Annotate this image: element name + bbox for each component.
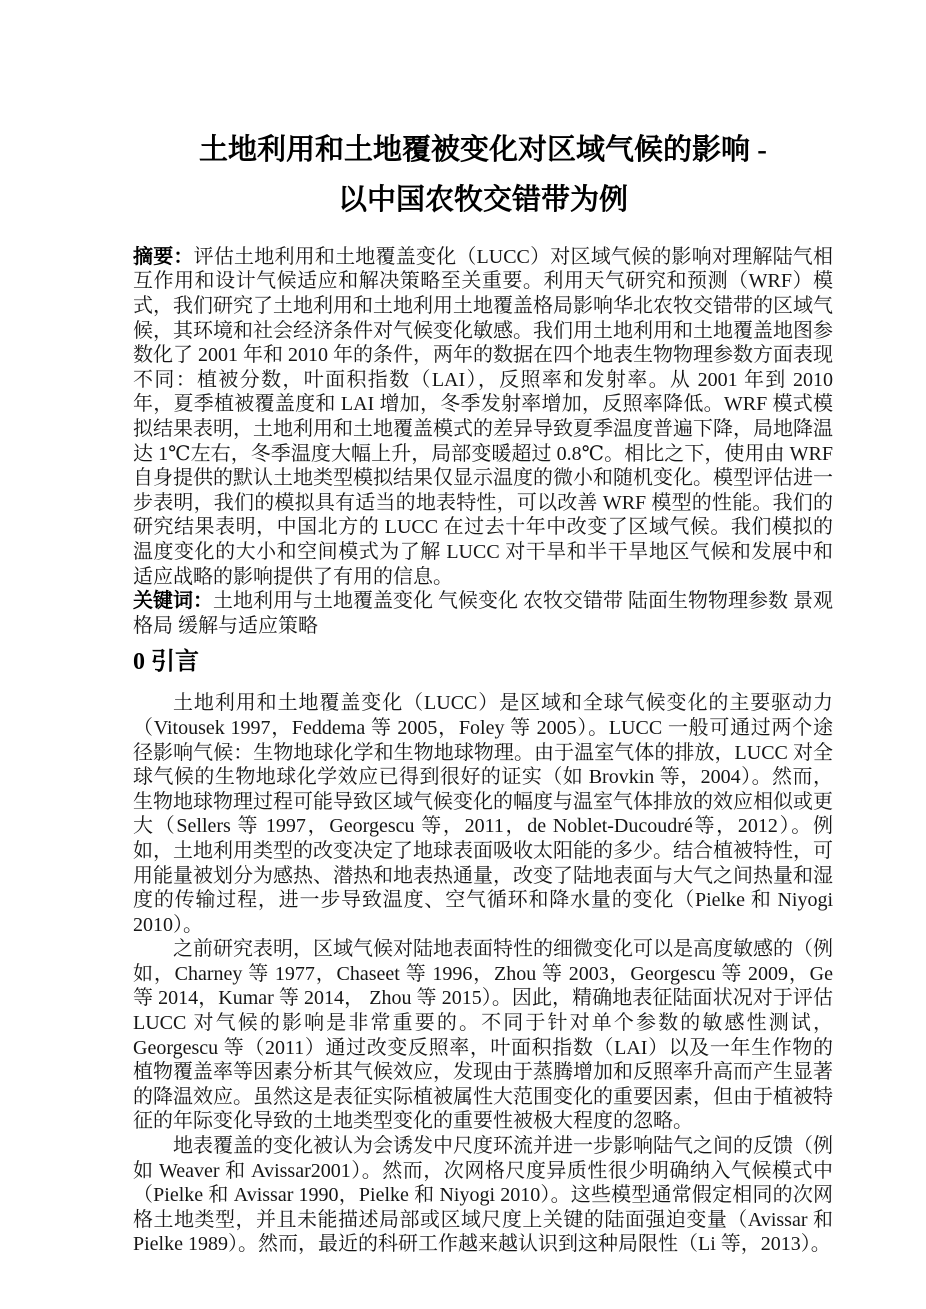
document-title-line-2: 以中国农牧交错带为例 xyxy=(133,175,833,225)
section-heading-introduction: 0 引言 xyxy=(133,647,833,677)
document-title: 土地利用和土地覆被变化对区域气候的影响 - 以中国农牧交错带为例 xyxy=(133,19,833,225)
abstract-label: 摘要： xyxy=(133,246,194,268)
abstract-text: 评估土地利用和土地覆盖变化（LUCC）对区域气候的影响对理解陆气相互作用和设计气… xyxy=(133,246,833,588)
keywords-label: 关键词： xyxy=(133,590,213,612)
document-content-column: 土地利用和土地覆被变化对区域气候的影响 - 以中国农牧交错带为例 摘要：评估土地… xyxy=(133,0,833,1257)
paragraph-3: 地表覆盖的变化被认为会诱发中尺度环流并进一步影响陆气之间的反馈（例如 Weave… xyxy=(133,1134,833,1257)
document-page: 土地利用和土地覆被变化对区域气候的影响 - 以中国农牧交错带为例 摘要：评估土地… xyxy=(0,0,926,1309)
document-title-line-1: 土地利用和土地覆被变化对区域气候的影响 - xyxy=(133,125,833,175)
keywords-text: 土地利用与土地覆盖变化 气候变化 农牧交错带 陆面生物物理参数 景观格局 缓解与… xyxy=(133,590,833,637)
keywords-paragraph: 关键词：土地利用与土地覆盖变化 气候变化 农牧交错带 陆面生物物理参数 景观格局… xyxy=(133,589,833,638)
paragraph-2: 之前研究表明，区域气候对陆地表面特性的细微变化可以是高度敏感的（例如，Charn… xyxy=(133,937,833,1134)
paragraph-1: 土地利用和土地覆盖变化（LUCC）是区域和全球气候变化的主要驱动力（Vitous… xyxy=(133,691,833,937)
abstract-paragraph: 摘要：评估土地利用和土地覆盖变化（LUCC）对区域气候的影响对理解陆气相互作用和… xyxy=(133,245,833,589)
